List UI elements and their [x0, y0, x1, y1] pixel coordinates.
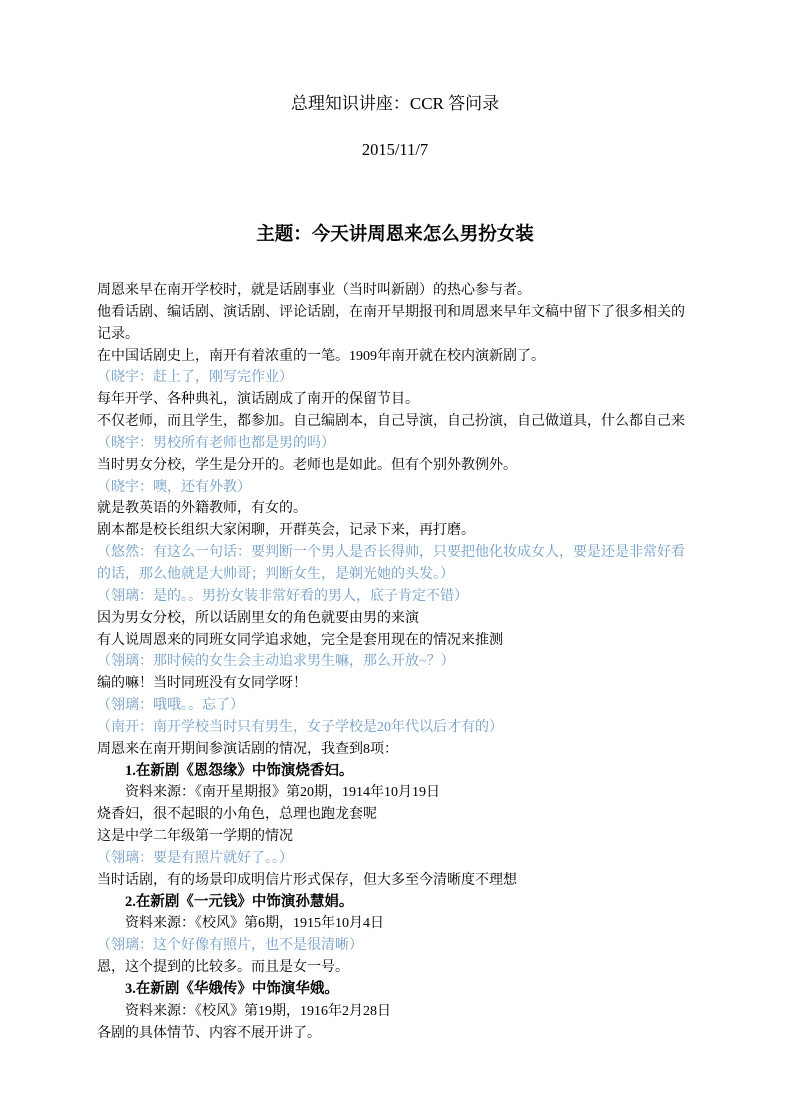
annotation-line: （翎璃：要是有照片就好了。。）	[97, 848, 697, 870]
list-item-heading: 3.在新剧《华娥传》中饰演华娥。	[97, 979, 697, 1001]
annotation-line: （悠然：有这么一句话：要判断一个男人是否长得帅，只要把他化妆成女人，要是还是非常…	[97, 542, 697, 564]
text-line: 资料来源：《校风》第19期，1916年2月28日	[97, 1001, 697, 1023]
text-line: 剧本都是校长组织大家闲聊，开群英会，记录下来，再打磨。	[97, 520, 697, 542]
text-line: 编的嘛！当时同班没有女同学呀！	[97, 673, 697, 695]
annotation-line: （晓宇：噢，还有外教）	[97, 477, 697, 499]
text-line: 当时男女分校，学生是分开的。老师也是如此。但有个别外教例外。	[97, 455, 697, 477]
text-line: 各剧的具体情节、内容不展开讲了。	[97, 1023, 697, 1045]
text-line: 每年开学、各种典礼，演话剧成了南开的保留节目。	[97, 389, 697, 411]
document-topic-heading: 主题：今天讲周恩来怎么男扮女装	[97, 223, 693, 247]
text-line: 不仅老师，而且学生，都参加。自己编剧本，自己导演，自己扮演，自己做道具，什么都自…	[97, 411, 697, 433]
text-line: 恩，这个提到的比较多。而且是女一号。	[97, 957, 697, 979]
text-line: 资料来源：《校风》第6期，1915年10月4日	[97, 913, 697, 935]
list-item-heading: 1.在新剧《恩怨缘》中饰演烧香妇。	[97, 761, 697, 783]
annotation-line: 的话，那么他就是大帅哥；判断女生，是剃光她的头发。）	[97, 564, 697, 586]
document-title: 总理知识讲座：CCR 答问录	[97, 93, 693, 115]
document-date: 2015/11/7	[97, 139, 693, 161]
annotation-line: （晓宇：男校所有老师也都是男的吗）	[97, 433, 697, 455]
text-line: 烧香妇，很不起眼的小角色，总理也跑龙套呢	[97, 804, 697, 826]
annotation-line: （翎璃：哦哦。。忘了）	[97, 695, 697, 717]
document-body: 周恩来早在南开学校时，就是话剧事业（当时叫新剧）的热心参与者。他看话剧、编话剧、…	[97, 280, 697, 1045]
text-line: 当时话剧，有的场景印成明信片形式保存，但大多至今清晰度不理想	[97, 870, 697, 892]
text-line: 因为男女分校，所以话剧里女的角色就要由男的来演	[97, 608, 697, 630]
text-line: 他看话剧、编话剧、演话剧、评论话剧，在南开早期报刊和周恩来早年文稿中留下了很多相…	[97, 302, 697, 324]
text-line: 周恩来早在南开学校时，就是话剧事业（当时叫新剧）的热心参与者。	[97, 280, 697, 302]
annotation-line: （南开：南开学校当时只有男生，女子学校是20年代以后才有的）	[97, 717, 697, 739]
text-line: 周恩来在南开期间参演话剧的情况，我查到8项：	[97, 739, 697, 761]
annotation-line: （翎璃：是的。。男扮女装非常好看的男人，底子肯定不错）	[97, 586, 697, 608]
text-line: 这是中学二年级第一学期的情况	[97, 826, 697, 848]
text-line: 在中国话剧史上，南开有着浓重的一笔。1909年南开就在校内演新剧了。	[97, 346, 697, 368]
annotation-line: （晓宇：赶上了，刚写完作业）	[97, 367, 697, 389]
text-line: 就是教英语的外籍教师，有女的。	[97, 498, 697, 520]
document-page: 总理知识讲座：CCR 答问录 2015/11/7 主题：今天讲周恩来怎么男扮女装…	[0, 0, 800, 1100]
text-line: 记录。	[97, 324, 697, 346]
text-line: 资料来源：《南开星期报》第20期，1914年10月19日	[97, 782, 697, 804]
annotation-line: （翎璃：那时候的女生会主动追求男生嘛，那么开放~？）	[97, 651, 697, 673]
annotation-line: （翎璃：这个好像有照片，也不是很清晰）	[97, 935, 697, 957]
list-item-heading: 2.在新剧《一元钱》中饰演孙慧娟。	[97, 892, 697, 914]
text-line: 有人说周恩来的同班女同学追求她，完全是套用现在的情况来推测	[97, 630, 697, 652]
